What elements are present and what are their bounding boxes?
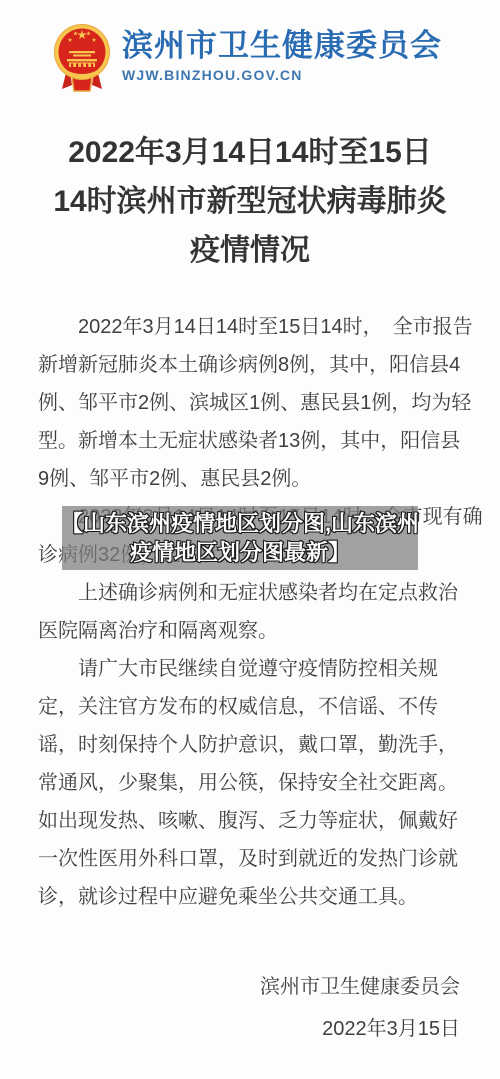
page-title-line: 2022年3月14日14时至15日 xyxy=(0,128,500,177)
body-line: 定，关注官方发布的权威信息，不信谣、不传 xyxy=(38,688,466,726)
body-line: 谣，时刻保持个人防护意识，戴口罩，勤洗手， xyxy=(38,726,466,764)
body-line: 诊，就诊过程中应避免乘坐公共交通工具。 xyxy=(38,878,466,916)
signature-date: 2022年3月15日 xyxy=(260,1008,460,1050)
body-line: 新增新冠肺炎本土确诊病例8例，其中，阳信县4 xyxy=(38,346,466,384)
body-line: 常通风，少聚集，用公筷，保持安全社交距离。 xyxy=(38,764,466,802)
signature-org-name: 滨州市卫生健康委员会 xyxy=(260,966,460,1008)
page-title: 2022年3月14日14时至15日 14时滨州市新型冠状病毒肺炎 疫情情况 xyxy=(0,128,500,275)
body-line: 请广大市民继续自觉遵守疫情防控相关规 xyxy=(38,650,466,688)
watermark-text-line: 【山东滨州疫情地区划分图,山东滨州 xyxy=(61,509,419,538)
announcement-page: 滨州市卫生健康委员会 WJW.BINZHOU.GOV.CN 2022年3月14日… xyxy=(0,0,500,1079)
body-line: 医院隔离治疗和隔离观察。 xyxy=(38,612,466,650)
header-org-name: 滨州市卫生健康委员会 xyxy=(122,28,442,64)
body-line: 上述确诊病例和无症状感染者均在定点救治 xyxy=(38,574,466,612)
body-line: 一次性医用外科口罩，及时到就近的发热门诊就 xyxy=(38,840,466,878)
watermark-text-line: 疫情地区划分图最新】 xyxy=(130,538,350,567)
signature-block: 滨州市卫生健康委员会 2022年3月15日 xyxy=(260,966,460,1050)
body-line: 2022年3月14日14时至15日14时， 全市报告 xyxy=(38,308,466,346)
watermark-overlay: 【山东滨州疫情地区划分图,山东滨州 疫情地区划分图最新】 xyxy=(62,506,418,570)
announcement-body: 2022年3月14日14时至15日14时， 全市报告新增新冠肺炎本土确诊病例8例… xyxy=(38,308,466,916)
page-title-line: 疫情情况 xyxy=(0,226,500,275)
body-line: 如出现发热、咳嗽、腹泻、乏力等症状，佩戴好 xyxy=(38,802,466,840)
body-line: 型。新增本土无症状感染者13例，其中，阳信县 xyxy=(38,422,466,460)
site-header: 滨州市卫生健康委员会 WJW.BINZHOU.GOV.CN xyxy=(0,0,500,100)
header-text-block: 滨州市卫生健康委员会 WJW.BINZHOU.GOV.CN xyxy=(122,28,442,83)
header-website-url: WJW.BINZHOU.GOV.CN xyxy=(122,67,442,83)
china-national-emblem-icon xyxy=(52,21,112,93)
page-title-line: 14时滨州市新型冠状病毒肺炎 xyxy=(0,177,500,226)
body-line: 例、邹平市2例、滨城区1例、惠民县1例，均为轻 xyxy=(38,384,466,422)
body-line: 9例、邹平市2例、惠民县2例。 xyxy=(38,460,466,498)
